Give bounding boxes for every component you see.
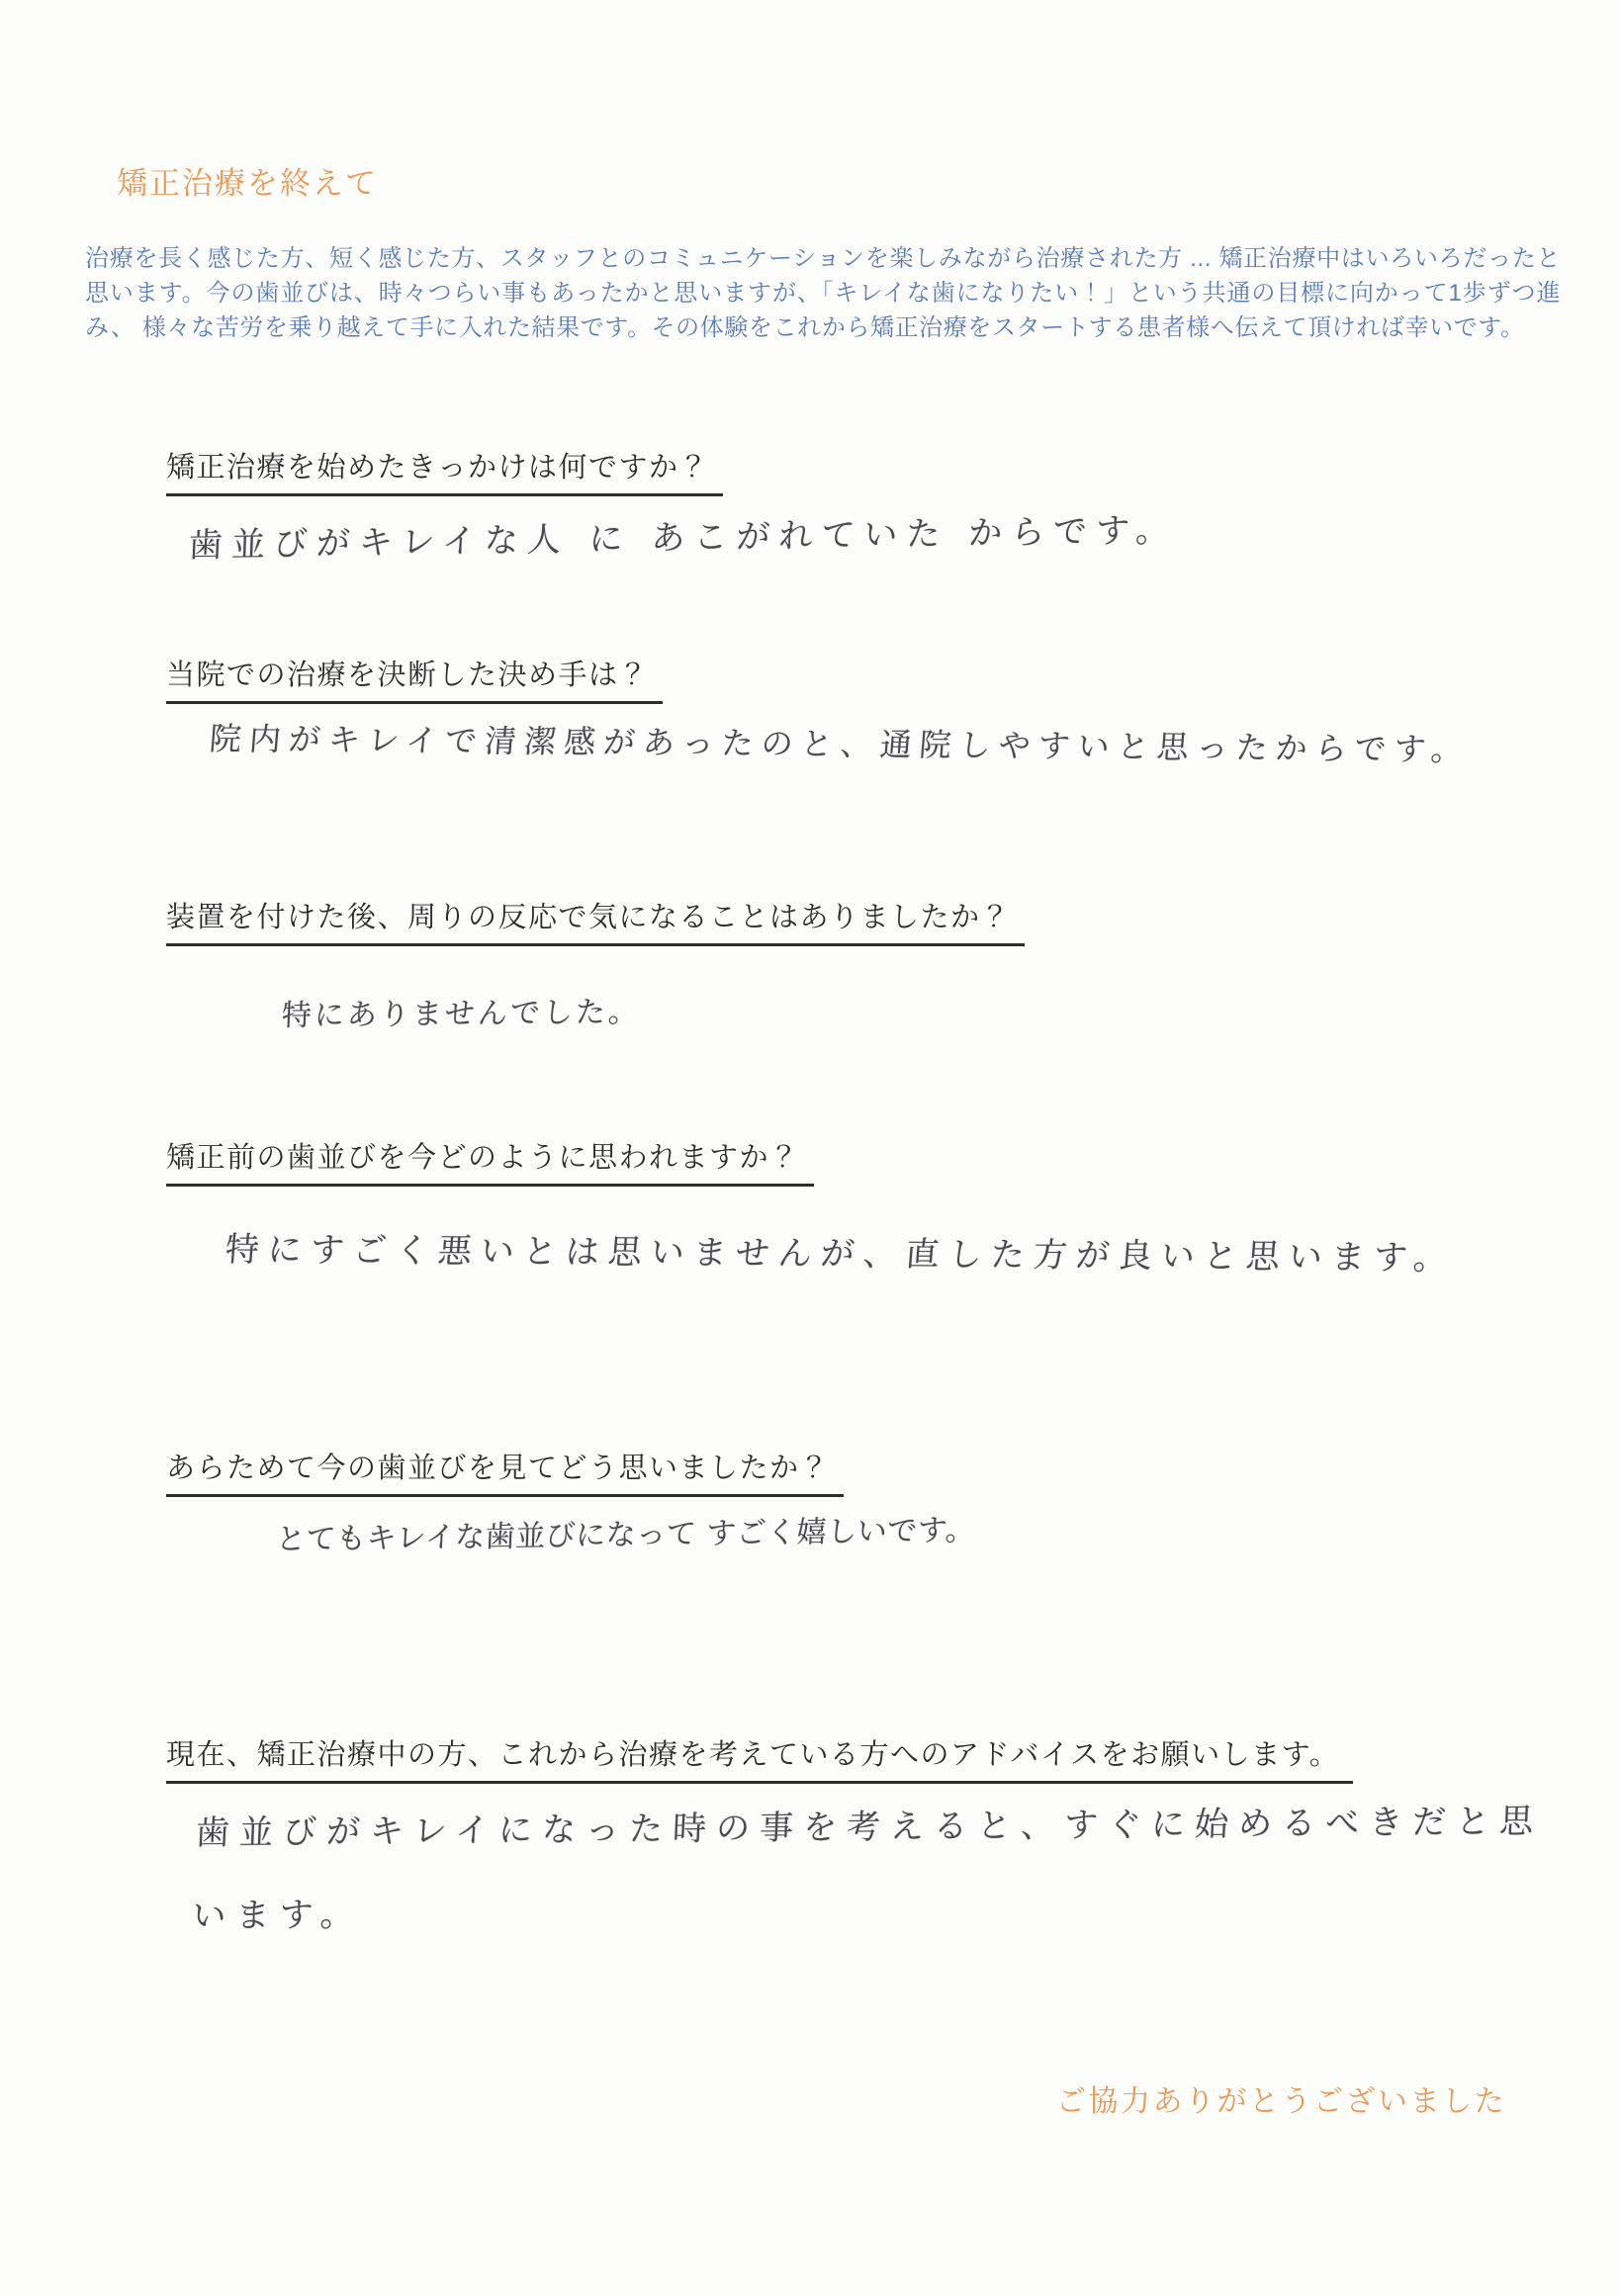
- handwritten-answer-4: 特にすごく悪いとは思いませんが、直した方が良いと思います。: [224, 1222, 1458, 1280]
- question-2-label: 当院での治療を決断した決め手は？: [166, 653, 663, 704]
- question-1: 矯正治療を始めたきっかけは何ですか？: [166, 445, 723, 496]
- question-6-label: 現在、矯正治療中の方、これから治療を考えている方へのアドバイスをお願いします。: [166, 1732, 1353, 1784]
- question-5-label: あらためて今の歯並びを見てどう思いましたか？: [166, 1446, 844, 1497]
- handwritten-answer-2: 院内がキレイで清潔感があったのと、通院しやすいと思ったからです。: [208, 714, 1472, 770]
- question-4-label: 矯正前の歯並びを今どのように思われますか？: [166, 1135, 814, 1187]
- handwritten-answer-6: 歯並びがキレイになった時の事を考えると、すぐに始めるべきだと思います。: [191, 1780, 1582, 1958]
- question-6: 現在、矯正治療中の方、これから治療を考えている方へのアドバイスをお願いします。: [166, 1732, 1353, 1784]
- question-2: 当院での治療を決断した決め手は？: [166, 653, 663, 704]
- question-1-label: 矯正治療を始めたきっかけは何ですか？: [166, 445, 723, 496]
- handwritten-answer-5: とてもキレイな歯並びになって すごく嬉しいです。: [275, 1505, 976, 1558]
- handwritten-answer-3: 特にありませんでした。: [281, 987, 642, 1034]
- question-3: 装置を付けた後、周りの反応で気になることはありましたか？: [166, 895, 1025, 946]
- question-5: あらためて今の歯並びを見てどう思いましたか？: [166, 1446, 844, 1497]
- question-4: 矯正前の歯並びを今どのように思われますか？: [166, 1135, 814, 1187]
- scanned-questionnaire-page: 矯正治療を終えて 治療を長く感じた方、短く感じた方、スタッフとのコミュニケーショ…: [0, 0, 1622, 2296]
- question-3-label: 装置を付けた後、周りの反応で気になることはありましたか？: [166, 895, 1025, 946]
- handwritten-answer-1: 歯並びがキレイな人 に あこがれていた からです。: [188, 502, 1179, 567]
- intro-paragraph: 治療を長く感じた方、短く感じた方、スタッフとのコミュニケーションを楽しみながら治…: [85, 241, 1561, 345]
- closing-note: ご協力ありがとうございました: [1056, 2076, 1506, 2120]
- page-title: 矯正治療を終えて: [117, 158, 378, 203]
